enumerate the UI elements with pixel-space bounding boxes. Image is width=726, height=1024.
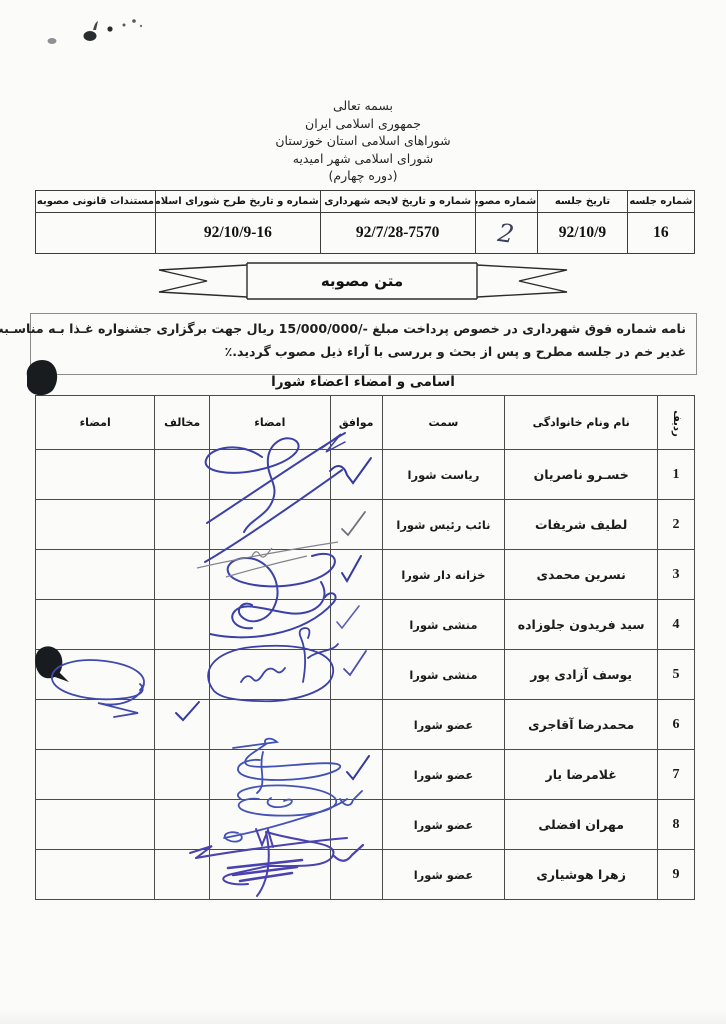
- agree-signature-cell: [210, 500, 331, 550]
- member-name: نسرین محمدی: [505, 550, 658, 600]
- agree-signature-cell: [210, 850, 331, 900]
- scanned-document-page: بسمه تعالی جمهوری اسلامی ایران شوراهای ا…: [0, 0, 726, 1024]
- agree-header: موافق: [330, 396, 382, 450]
- session-number-value: 16: [627, 213, 694, 254]
- bismillah-line: بسمه تعالی: [0, 97, 726, 115]
- member-role: نائب رئیس شورا: [382, 500, 505, 550]
- oppose-cell: [155, 450, 210, 500]
- councils-line: شوراهای اسلامی استان خوزستان: [0, 132, 726, 150]
- legal-basis-value: [36, 213, 156, 254]
- oppose-cell: [155, 550, 210, 600]
- member-row-number: 7: [658, 750, 695, 800]
- member-row: 8 مهران افضلی عضو شورا: [36, 800, 695, 850]
- resolution-line-1: نامه شماره فوق شهرداری در خصوص پرداخت مب…: [41, 321, 686, 336]
- meta-header-row: شماره جلسه تاریخ جلسه شماره مصوبه شماره …: [36, 191, 695, 213]
- oppose-signature-cell: [36, 600, 155, 650]
- agree-cell: [330, 500, 382, 550]
- member-row-number: 1: [658, 450, 695, 500]
- member-row-number: 5: [658, 650, 695, 700]
- meta-value-row: 16 92/10/9 2 92/7/28-7570 92/10/9-16: [36, 213, 695, 254]
- member-name: خسـرو ناصریان: [505, 450, 658, 500]
- member-role: ریاست شورا: [382, 450, 505, 500]
- agree-signature-header: امضاء: [210, 396, 331, 450]
- agree-cell: [330, 750, 382, 800]
- members-section-title: اسامی و امضاء اعضاء شورا: [0, 374, 726, 390]
- oppose-header: مخالف: [155, 396, 210, 450]
- oppose-signature-cell: [36, 450, 155, 500]
- municipality-bill-value: 92/7/28-7570: [320, 213, 475, 254]
- session-number-header: شماره جلسه: [627, 191, 694, 213]
- agree-signature-cell: [210, 450, 331, 500]
- member-name: یوسف آزادی پور: [505, 650, 658, 700]
- session-date-header: تاریخ جلسه: [538, 191, 628, 213]
- country-line: جمهوری اسلامی ایران: [0, 115, 726, 133]
- resolution-number-header: شماره مصوبه: [475, 191, 538, 213]
- oppose-cell: [155, 750, 210, 800]
- banner-title: متن مصوبه: [247, 256, 477, 306]
- member-role: عضو شورا: [382, 850, 505, 900]
- handwritten-resolution-number: 2: [496, 218, 516, 249]
- oppose-signature-header: امضاء: [36, 396, 155, 450]
- ink-specks: [48, 19, 143, 44]
- member-role: منشی شورا: [382, 600, 505, 650]
- resolution-number-value: 2: [475, 213, 538, 254]
- member-row: 2 لطیف شریفات نائب رئیس شورا: [36, 500, 695, 550]
- name-header: نام ونام خانوادگی: [505, 396, 658, 450]
- agree-cell: [330, 800, 382, 850]
- agree-signature-cell: [210, 550, 331, 600]
- meta-table: شماره جلسه تاریخ جلسه شماره مصوبه شماره …: [35, 190, 695, 254]
- member-name: سید فریدون جلوزاده: [505, 600, 658, 650]
- session-date-value: 92/10/9: [538, 213, 628, 254]
- members-signature-table: ردیف نام ونام خانوادگی سمت موافق امضاء م…: [35, 395, 695, 900]
- agree-signature-cell: [210, 650, 331, 700]
- agree-cell: [330, 550, 382, 600]
- agree-cell: [330, 700, 382, 750]
- agree-signature-cell: [210, 800, 331, 850]
- member-role: عضو شورا: [382, 800, 505, 850]
- member-row-number: 4: [658, 600, 695, 650]
- council-plan-value: 92/10/9-16: [155, 213, 320, 254]
- member-row-number: 6: [658, 700, 695, 750]
- agree-cell: [330, 850, 382, 900]
- agree-cell: [330, 650, 382, 700]
- member-role: خزانه دار شورا: [382, 550, 505, 600]
- oppose-cell: [155, 700, 210, 750]
- row-number-header: ردیف: [658, 396, 695, 450]
- agree-signature-cell: [210, 700, 331, 750]
- oppose-signature-cell: [36, 750, 155, 800]
- oppose-cell: [155, 850, 210, 900]
- member-row: 5 یوسف آزادی پور منشی شورا: [36, 650, 695, 700]
- resolution-banner: متن مصوبه: [147, 256, 579, 306]
- member-name: لطیف شریفات: [505, 500, 658, 550]
- member-row: 6 محمدرضا آقاجری عضو شورا: [36, 700, 695, 750]
- member-row: 3 نسرین محمدی خزانه دار شورا: [36, 550, 695, 600]
- member-row-number: 9: [658, 850, 695, 900]
- oppose-signature-cell: [36, 650, 155, 700]
- oppose-signature-cell: [36, 800, 155, 850]
- legal-basis-header: مستندات قانونی مصوبه: [36, 191, 156, 213]
- member-row: 7 غلامرضا یار عضو شورا: [36, 750, 695, 800]
- role-header: سمت: [382, 396, 505, 450]
- member-row: 9 زهرا هوشیاری عضو شورا: [36, 850, 695, 900]
- agree-cell: [330, 450, 382, 500]
- oppose-signature-cell: [36, 550, 155, 600]
- city-council-line: شورای اسلامی شهر امیدیه: [0, 150, 726, 168]
- member-role: عضو شورا: [382, 700, 505, 750]
- member-name: محمدرضا آقاجری: [505, 700, 658, 750]
- term-line: (دوره چهارم): [0, 167, 726, 185]
- resolution-text-box: نامه شماره فوق شهرداری در خصوص پرداخت مب…: [30, 313, 697, 375]
- oppose-cell: [155, 800, 210, 850]
- member-role: عضو شورا: [382, 750, 505, 800]
- member-row: 4 سید فریدون جلوزاده منشی شورا: [36, 600, 695, 650]
- signature-table-header-row: ردیف نام ونام خانوادگی سمت موافق امضاء م…: [36, 396, 695, 450]
- member-name: مهران افضلی: [505, 800, 658, 850]
- resolution-line-2: غدیر خم در جلسه مطرح و پس از بحث و بررسی…: [41, 344, 686, 359]
- agree-signature-cell: [210, 750, 331, 800]
- member-name: زهرا هوشیاری: [505, 850, 658, 900]
- member-row-number: 8: [658, 800, 695, 850]
- member-row-number: 3: [658, 550, 695, 600]
- council-plan-header: شماره و تاریخ طرح شورای اسلامی: [155, 191, 320, 213]
- municipality-bill-header: شماره و تاریخ لایحه شهرداری: [320, 191, 475, 213]
- oppose-cell: [155, 600, 210, 650]
- oppose-cell: [155, 500, 210, 550]
- member-role: منشی شورا: [382, 650, 505, 700]
- agree-cell: [330, 600, 382, 650]
- oppose-signature-cell: [36, 850, 155, 900]
- agree-signature-cell: [210, 600, 331, 650]
- member-row-number: 2: [658, 500, 695, 550]
- member-name: غلامرضا یار: [505, 750, 658, 800]
- oppose-signature-cell: [36, 500, 155, 550]
- oppose-cell: [155, 650, 210, 700]
- letterhead: بسمه تعالی جمهوری اسلامی ایران شوراهای ا…: [0, 97, 726, 185]
- oppose-signature-cell: [36, 700, 155, 750]
- member-row: 1 خسـرو ناصریان ریاست شورا: [36, 450, 695, 500]
